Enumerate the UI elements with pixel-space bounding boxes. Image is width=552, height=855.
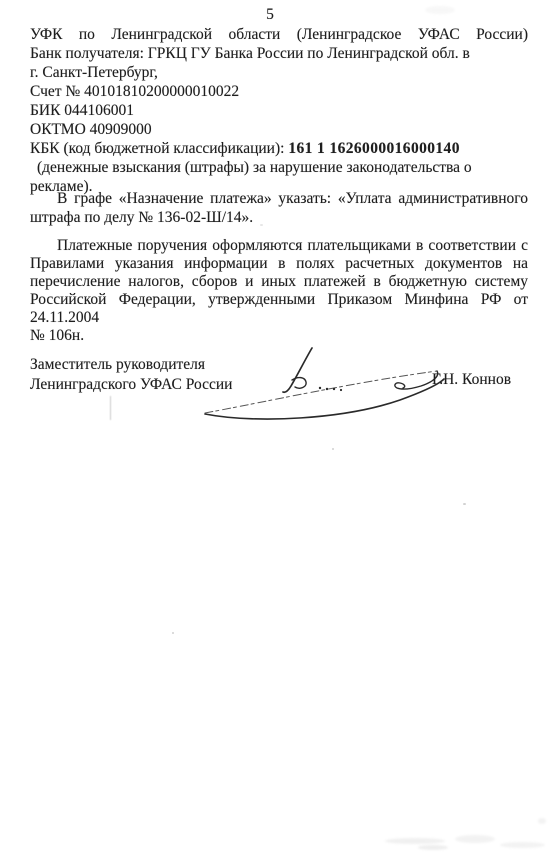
kbk-label: КБК (код бюджетной классификации):: [30, 140, 288, 157]
scan-noise: [425, 6, 455, 14]
scan-speck: [260, 224, 263, 226]
rules-line-4: Российской Федерации, утвержденными Прик…: [30, 291, 528, 327]
scan-noise: [455, 835, 495, 843]
scan-noise: [500, 842, 545, 848]
scan-speck: [105, 221, 108, 223]
recipient-bank-line: Банк получателя: ГРКЦ ГУ Банка России по…: [30, 44, 528, 63]
payment-rules-paragraph: Платежные поручения оформляются плательщ…: [30, 237, 528, 345]
kbk-line: КБК (код бюджетной классификации): 161 1…: [30, 139, 528, 158]
rules-line-2: Правилами указания информации в полях ра…: [30, 255, 528, 273]
account-number-line: Счет № 40101810200000010022: [30, 82, 528, 101]
kbk-code-value: 161 1 1626000016000140: [288, 140, 460, 157]
ufk-recipient-line: УФК по Ленинградской области (Ленинградс…: [30, 25, 528, 44]
scan-noise: [418, 845, 448, 850]
scanned-document-page: 5 УФК по Ленинградской области (Ленингра…: [0, 0, 552, 855]
handwritten-signature-icon: [195, 336, 450, 428]
scan-artifact-line: [110, 396, 111, 420]
scan-noise: [385, 838, 445, 844]
scan-speck: [463, 503, 466, 505]
scan-speck: [332, 448, 334, 450]
rules-line-3: перечисление налогов, сборов и иных плат…: [30, 273, 528, 291]
signer-name: Г.Н. Коннов: [432, 371, 511, 389]
bik-line: БИК 044106001: [30, 101, 528, 120]
bank-details-block: УФК по Ленинградской области (Ленинградс…: [30, 25, 528, 196]
scan-speck: [172, 632, 174, 634]
purpose-line-1: В графе «Назначение платежа» указать: «У…: [30, 189, 528, 208]
purpose-line-2: штрафа по делу № 136-02-Ш/14».: [30, 208, 528, 227]
scan-noise: [538, 818, 546, 824]
rules-line-1: Платежные поручения оформляются плательщ…: [30, 237, 528, 255]
recipient-bank-city-line: г. Санкт-Петербург,: [30, 63, 528, 82]
page-number: 5: [0, 6, 540, 24]
oktmo-line: ОКТМО 40909000: [30, 120, 528, 139]
kbk-note-line-1: (денежные взыскания (штрафы) за нарушени…: [30, 158, 528, 177]
